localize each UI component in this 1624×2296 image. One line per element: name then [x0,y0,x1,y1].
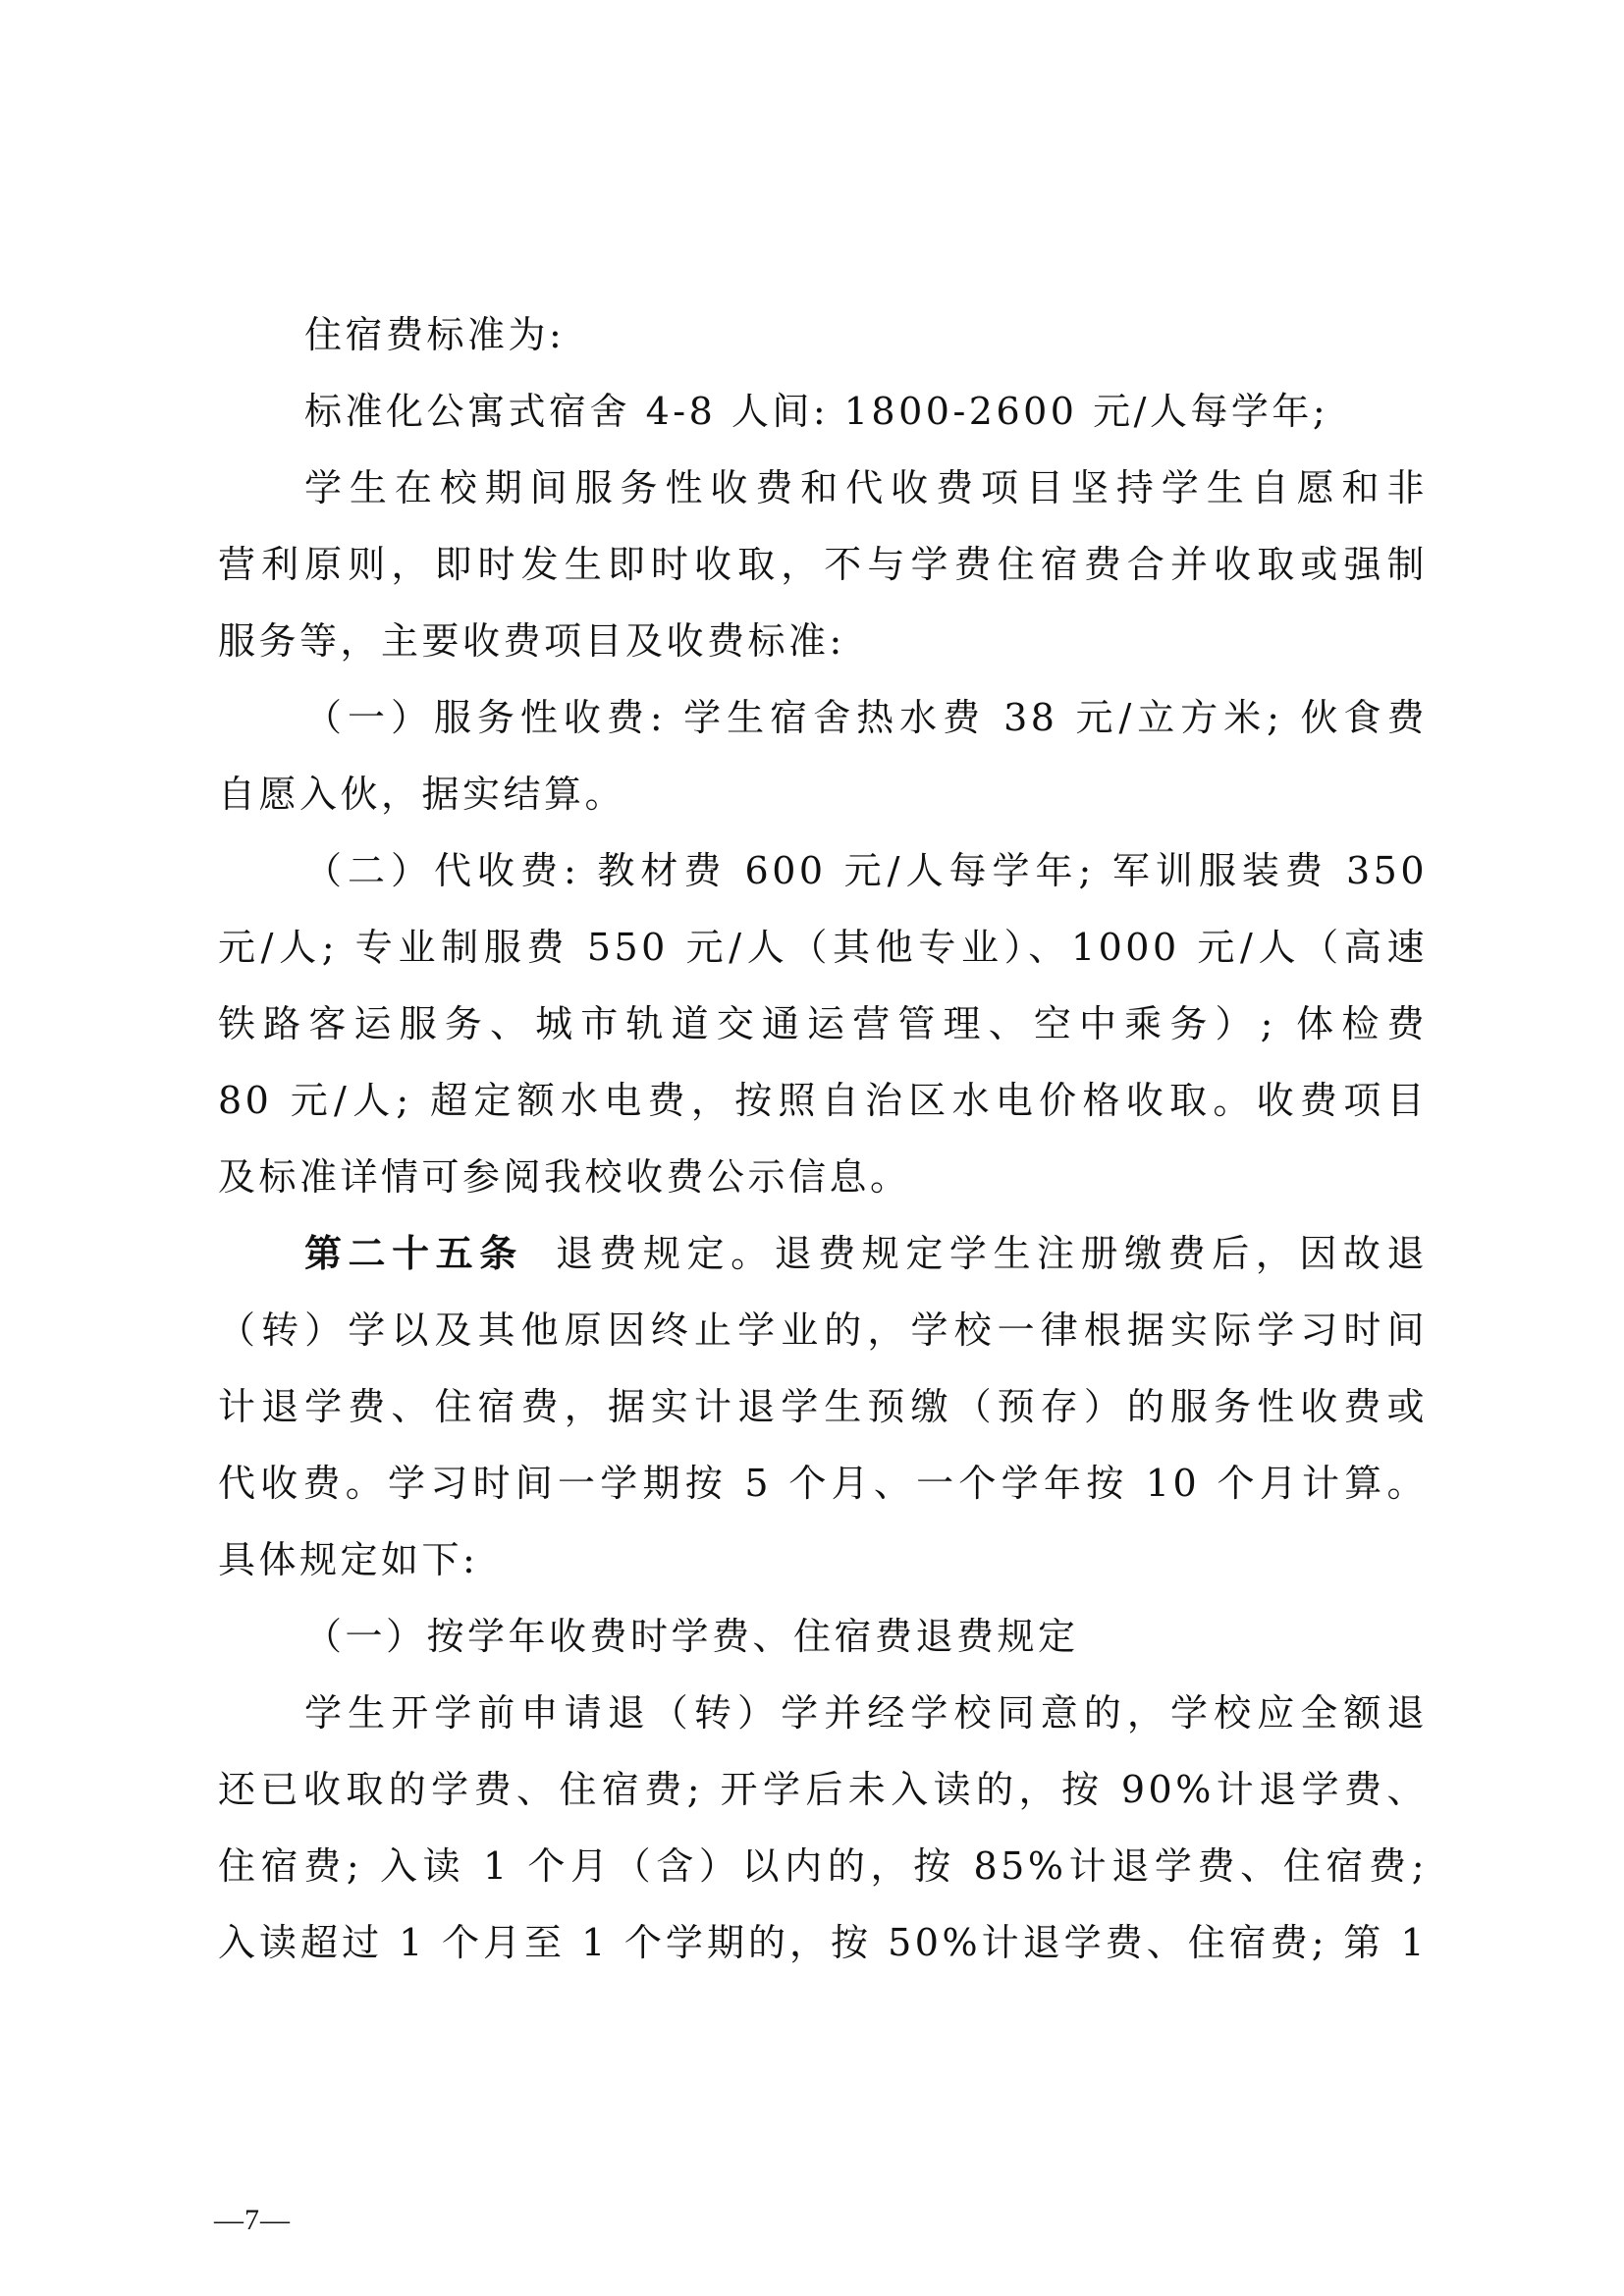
text-line: 铁路客运服务、城市轨道交通运营管理、空中乘务）; 体检费 [218,992,1428,1069]
text-line: （二）代收费: 教材费 600 元/人每学年; 军训服装费 350 [218,839,1428,916]
text-line: （一）按学年收费时学费、住宿费退费规定 [218,1605,1428,1682]
text-line: 及标准详情可参阅我校收费公示信息。 [218,1146,1428,1222]
text-line: 服务等，主要收费项目及收费标准: [218,610,1428,686]
text-line: 入读超过 1 个月至 1 个学期的，按 50%计退学费、住宿费; 第 1 [218,1911,1428,1988]
paragraph-block-fees: 住宿费标准为:标准化公寓式宿舍 4-8 人间: 1800-2600 元/人每学年… [218,303,1428,1222]
text-line: 住宿费; 入读 1 个月（含）以内的，按 85%计退学费、住宿费; [218,1835,1428,1911]
text-line: 自愿入伙，据实结算。 [218,763,1428,839]
text-line: 代收费。学习时间一学期按 5 个月、一个学年按 10 个月计算。 [218,1452,1428,1528]
text-line: （一）服务性收费: 学生宿舍热水费 38 元/立方米; 伙食费 [218,686,1428,763]
text-line: 学生开学前申请退（转）学并经学校同意的，学校应全额退 [218,1682,1428,1758]
text-line: 标准化公寓式宿舍 4-8 人间: 1800-2600 元/人每学年; [218,380,1428,456]
text-line: 学生在校期间服务性收费和代收费项目坚持学生自愿和非 [218,456,1428,533]
article-text: 退费规定。退费规定学生注册缴费后，因故退 [553,1232,1428,1275]
text-line: （转）学以及其他原因终止学业的，学校一律根据实际学习时间 [218,1299,1428,1375]
document-page: 住宿费标准为:标准化公寓式宿舍 4-8 人间: 1800-2600 元/人每学年… [218,303,1428,1988]
text-line: 80 元/人; 超定额水电费，按照自治区水电价格收取。收费项目 [218,1069,1428,1146]
text-line: 具体规定如下: [218,1528,1428,1605]
text-line: 元/人; 专业制服费 550 元/人（其他专业）、1000 元/人（高速 [218,916,1428,992]
text-line: 住宿费标准为: [218,303,1428,380]
paragraph-block-refund: （转）学以及其他原因终止学业的，学校一律根据实际学习时间计退学费、住宿费，据实计… [218,1299,1428,1988]
text-line: 计退学费、住宿费，据实计退学生预缴（预存）的服务性收费或 [218,1375,1428,1452]
text-line: 还已收取的学费、住宿费; 开学后未入读的，按 90%计退学费、 [218,1758,1428,1835]
article-25-first-line: 第二十五条退费规定。退费规定学生注册缴费后，因故退 [218,1222,1428,1299]
article-heading: 第二十五条 [304,1232,523,1275]
text-line: 营利原则，即时发生即时收取，不与学费住宿费合并收取或强制 [218,533,1428,610]
page-number: —7— [214,2204,291,2237]
